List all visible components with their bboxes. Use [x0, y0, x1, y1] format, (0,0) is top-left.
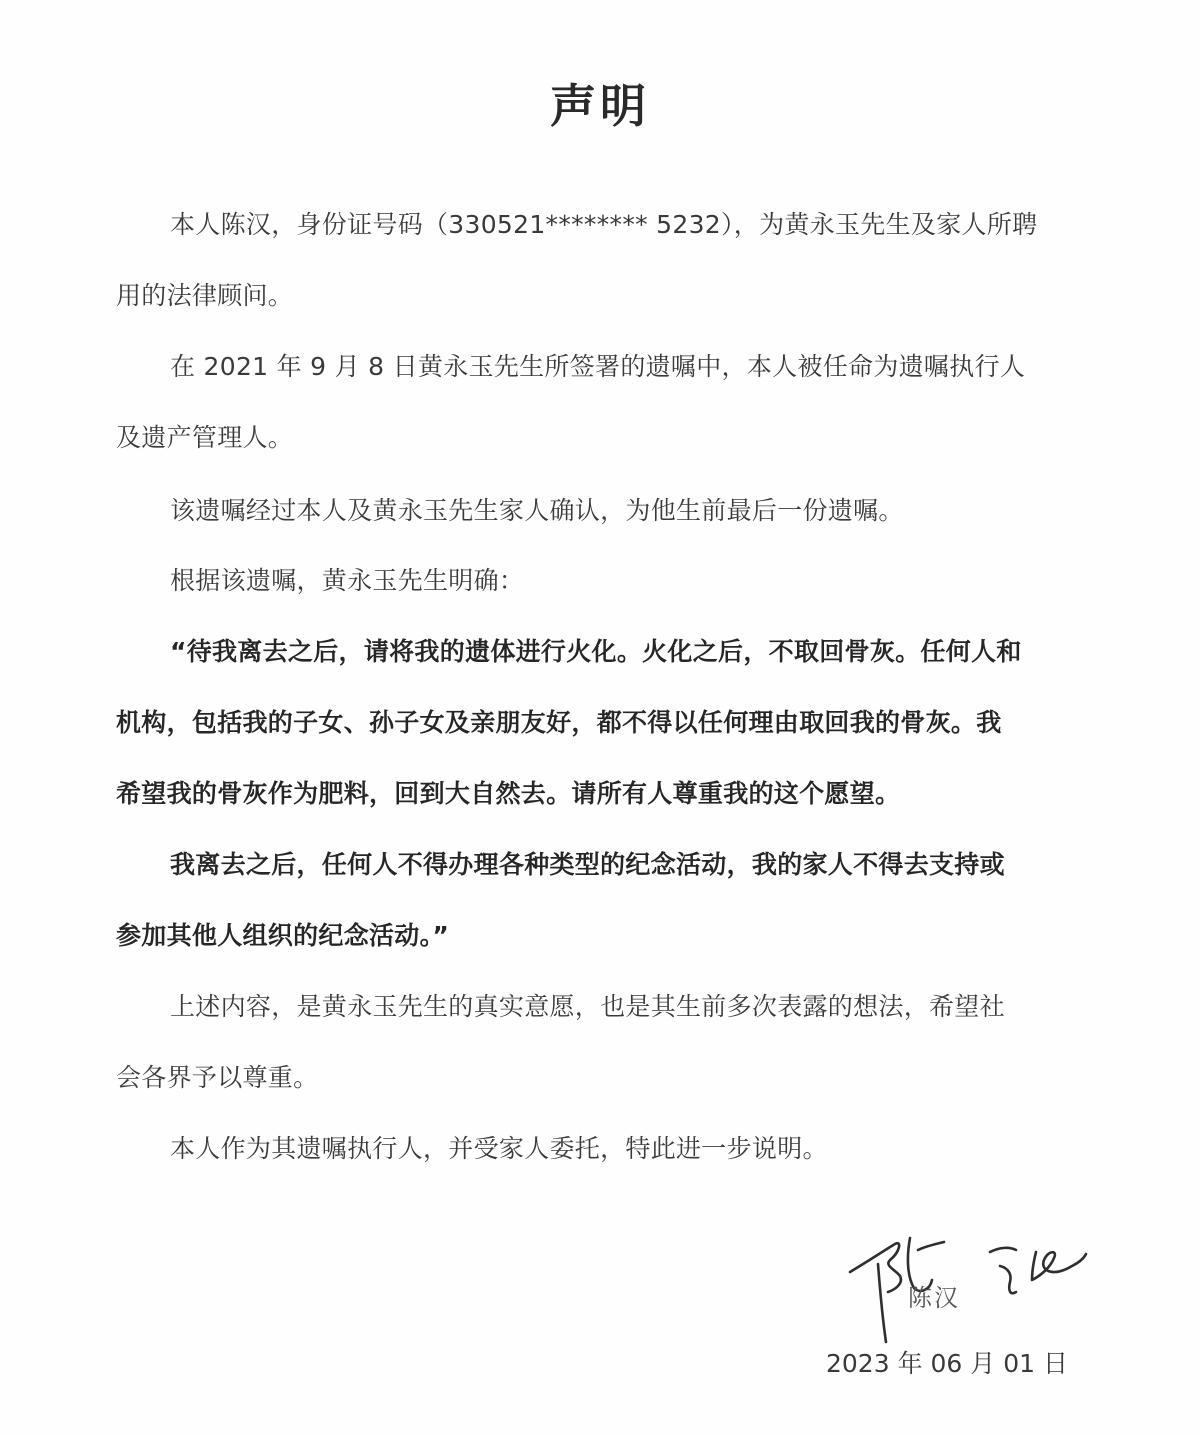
handwritten-signature — [840, 1230, 1090, 1360]
paragraph-7-line-2: 会各界予以尊重。 — [116, 1061, 1066, 1095]
signature-date: 2023 年 06 月 01 日 — [826, 1344, 1068, 1380]
paragraph-8-line-1: 本人作为其遗嘱执行人，并受家人委托，特此进一步说明。 — [170, 1132, 1070, 1166]
quote-line-5: 参加其他人组织的纪念活动。” — [116, 919, 1066, 953]
statement-document: 声明 本人陈汉，身份证号码（330521******** 5232），为黄永玉先… — [0, 0, 1200, 1435]
quote-line-4: 我离去之后，任何人不得办理各种类型的纪念活动，我的家人不得去支持或 — [170, 848, 1070, 882]
paragraph-2-line-2: 及遗产管理人。 — [116, 421, 1066, 455]
signature-name: 陈汉 — [908, 1278, 960, 1313]
paragraph-4-line-1: 根据该遗嘱，黄永玉先生明确： — [170, 564, 1070, 598]
paragraph-7-line-1: 上述内容，是黄永玉先生的真实意愿，也是其生前多次表露的想法，希望社 — [170, 990, 1070, 1024]
paragraph-2-line-1: 在 2021 年 9 月 8 日黄永玉先生所签署的遗嘱中，本人被任命为遗嘱执行人 — [170, 350, 1070, 384]
paragraph-1-line-2: 用的法律顾问。 — [116, 279, 1066, 313]
paragraph-1-line-1: 本人陈汉，身份证号码（330521******** 5232），为黄永玉先生及家… — [170, 208, 1070, 242]
quote-line-1: “待我离去之后，请将我的遗体进行火化。火化之后，不取回骨灰。任何人和 — [170, 635, 1070, 669]
document-title: 声明 — [0, 70, 1200, 136]
paragraph-3-line-1: 该遗嘱经过本人及黄永玉先生家人确认，为他生前最后一份遗嘱。 — [170, 494, 1070, 528]
quote-line-2: 机构，包括我的子女、孙子女及亲朋友好，都不得以任何理由取回我的骨灰。我 — [116, 706, 1066, 740]
quote-line-3: 希望我的骨灰作为肥料，回到大自然去。请所有人尊重我的这个愿望。 — [116, 777, 1066, 811]
